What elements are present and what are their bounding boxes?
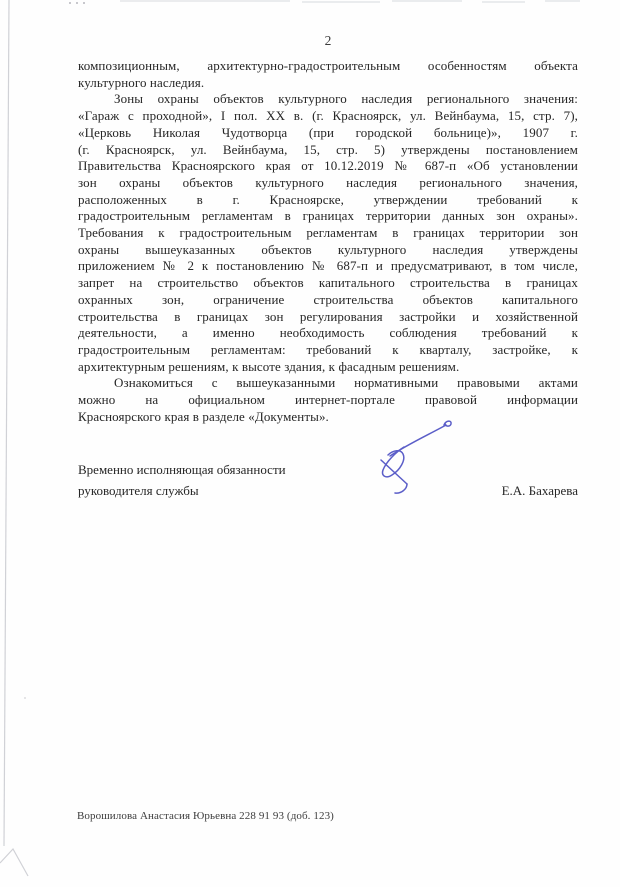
document-body: композиционным, архитектурно-градостроит… [78,58,578,425]
text-line: Требования к градостроительным регламент… [78,225,578,242]
text-line: Зоны охраны объектов культурного наследи… [78,91,578,108]
signatory-position-line2: руководителя службы [78,481,286,502]
document-page: 2 композиционным, архитектурно-градостро… [0,0,620,887]
signatory-position-line1: Временно исполняющая обязанности [78,460,286,481]
text-line: строительства в границах зон регулирован… [78,309,578,326]
text-line: приложением № 2 к постановлению № 687-п … [78,258,578,275]
text-line: деятельности, а именно необходимость соб… [78,325,578,342]
text-line: «Церковь Николая Чудотворца (при городск… [78,125,578,142]
text-line: зон охраны объектов культурного наследия… [78,175,578,192]
text-line: культурного наследия. [78,75,578,92]
text-line: композиционным, архитектурно-градостроит… [78,58,578,75]
scan-edge-line [4,0,9,846]
text-line: «Гараж с проходной», I пол. XX в. (г. Кр… [78,108,578,125]
text-line: охранных зон, ограничение строительства … [78,292,578,309]
page-number: 2 [78,33,578,49]
scan-dots [24,2,85,699]
text-line: градостроительным регламентам: требовани… [78,342,578,359]
text-line: охраны вышеуказанных объектов культурног… [78,242,578,259]
text-line: расположенных в г. Красноярске, утвержде… [78,192,578,209]
text-line: Красноярского края в разделе «Документы»… [78,409,578,426]
text-line: архитектурным решениям, к высоте здания,… [78,359,578,376]
signatory-position: Временно исполняющая обязанности руковод… [78,460,286,501]
scan-crease-mark [0,849,28,876]
text-line: (г. Красноярск, ул. Вейнбаума, 15, стр. … [78,142,578,159]
text-line: запрет на строительство объектов капитал… [78,275,578,292]
text-line: можно на официальном интернет-портале пр… [78,392,578,409]
signature-block: Временно исполняющая обязанности руковод… [78,460,578,501]
signatory-name: Е.А. Бахарева [502,481,578,502]
text-line: Ознакомиться с вышеуказанными нормативны… [78,375,578,392]
text-line: Правительства Красноярского края от 10.1… [78,158,578,175]
text-line: градостроительным регламентам в границах… [78,208,578,225]
executor-contact-line: Ворошилова Анастасия Юрьевна 228 91 93 (… [77,810,334,822]
